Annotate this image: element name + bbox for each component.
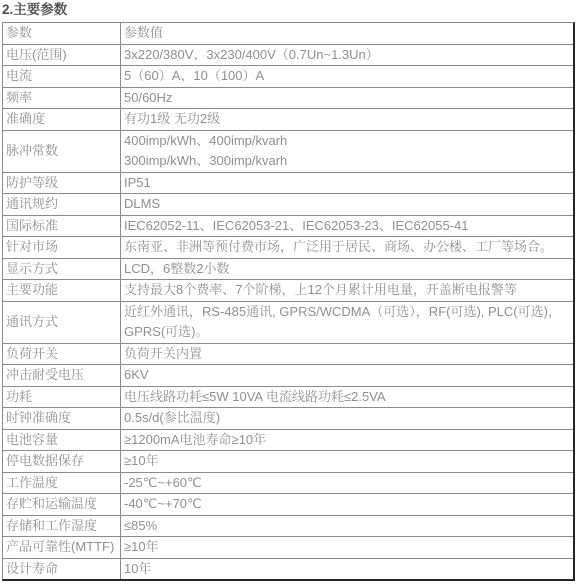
value-cell: 支持最大8个费率、7个阶梯，上12个月累计用电量，开盖断电报警等 (120, 279, 573, 301)
param-cell: 时钟准确度 (3, 407, 120, 429)
param-cell: 通讯方式 (3, 301, 120, 343)
section-title: 2.主要参数 (2, 2, 582, 18)
value-cell: 3x220/380V、3x230/400V（0.7Un~1.3Un） (120, 44, 573, 66)
table-row: 工作温度-25℃~+60℃ (3, 472, 573, 494)
value-cell: 东南亚、非洲等预付费市场，广泛用于居民、商场、办公楼、工厂等场合。 (120, 236, 573, 258)
table-row: 产品可靠性(MTTF)≥10年 (3, 536, 573, 558)
spec-page: 2.主要参数 参数 参数值 电压(范围)3x220/380V、3x230/400… (0, 0, 582, 587)
table-row: 冲击耐受电压6KV (3, 364, 573, 386)
table-row: 准确度有功1级 无功2级 (3, 108, 573, 130)
table-row: 国际标准IEC62052-11、IEC62053-21、IEC62053-23、… (3, 215, 573, 237)
table-row: 停电数据保存≥10年 (3, 450, 573, 472)
value-cell: ≥1200mA电池寿命≥10年 (120, 429, 573, 451)
table-row: 功耗电压线路功耗≤5W 10VA 电流线路功耗≤2.5VA (3, 386, 573, 408)
value-cell: 400imp/kWh、400imp/kvarh 300imp/kWh、300im… (120, 130, 573, 172)
param-cell: 准确度 (3, 108, 120, 130)
param-cell: 负荷开关 (3, 343, 120, 365)
param-cell: 电池容量 (3, 429, 120, 451)
param-cell: 国际标准 (3, 215, 120, 237)
table-row: 频率50/60Hz (3, 87, 573, 109)
param-cell: 功耗 (3, 386, 120, 408)
param-cell: 设计寿命 (3, 558, 120, 580)
param-cell: 产品可靠性(MTTF) (3, 536, 120, 558)
value-cell: 有功1级 无功2级 (120, 108, 573, 130)
value-cell: -40℃~+70℃ (120, 493, 573, 515)
value-cell: IP51 (120, 172, 573, 194)
value-cell: DLMS (120, 193, 573, 215)
table-row: 通讯规约DLMS (3, 193, 573, 215)
value-cell: 0.5s/d(参比温度) (120, 407, 573, 429)
param-cell: 针对市场 (3, 236, 120, 258)
param-cell: 通讯规约 (3, 193, 120, 215)
value-cell: ≥10年 (120, 450, 573, 472)
param-cell: 主要功能 (3, 279, 120, 301)
table-row: 通讯方式近红外通讯，RS-485通讯, GPRS/WCDMA（可选），RF(可选… (3, 301, 573, 343)
param-cell: 停电数据保存 (3, 450, 120, 472)
param-cell: 防护等级 (3, 172, 120, 194)
table-row: 脉冲常数400imp/kWh、400imp/kvarh 300imp/kWh、3… (3, 130, 573, 172)
column-header-value: 参数值 (120, 23, 573, 44)
param-cell: 显示方式 (3, 258, 120, 280)
value-cell: ≤85% (120, 515, 573, 537)
table-row: 电池容量≥1200mA电池寿命≥10年 (3, 429, 573, 451)
table-row: 负荷开关负荷开关内置 (3, 343, 573, 365)
parameters-table: 参数 参数值 电压(范围)3x220/380V、3x230/400V（0.7Un… (2, 22, 575, 581)
table-row: 主要功能支持最大8个费率、7个阶梯，上12个月累计用电量，开盖断电报警等 (3, 279, 573, 301)
param-cell: 冲击耐受电压 (3, 364, 120, 386)
table-row: 时钟准确度0.5s/d(参比温度) (3, 407, 573, 429)
param-cell: 电流 (3, 65, 120, 87)
value-cell: 6KV (120, 364, 573, 386)
param-cell: 存贮和运输温度 (3, 493, 120, 515)
header-row: 参数 参数值 (3, 23, 573, 44)
table-row: 存储和工作湿度≤85% (3, 515, 573, 537)
value-cell: -25℃~+60℃ (120, 472, 573, 494)
value-cell: 电压线路功耗≤5W 10VA 电流线路功耗≤2.5VA (120, 386, 573, 408)
table-row: 防护等级IP51 (3, 172, 573, 194)
param-cell: 存储和工作湿度 (3, 515, 120, 537)
value-cell: ≥10年 (120, 536, 573, 558)
value-cell: LCD，6整数2小数 (120, 258, 573, 280)
param-cell: 脉冲常数 (3, 130, 120, 172)
param-cell: 电压(范围) (3, 44, 120, 66)
value-cell: 50/60Hz (120, 87, 573, 109)
table-row: 电压(范围)3x220/380V、3x230/400V（0.7Un~1.3Un） (3, 44, 573, 66)
param-cell: 频率 (3, 87, 120, 109)
table-row: 针对市场东南亚、非洲等预付费市场，广泛用于居民、商场、办公楼、工厂等场合。 (3, 236, 573, 258)
table-row: 设计寿命10年 (3, 558, 573, 580)
table-row: 电流5（60）A、10（100）A (3, 65, 573, 87)
table-row: 存贮和运输温度-40℃~+70℃ (3, 493, 573, 515)
value-cell: 5（60）A、10（100）A (120, 65, 573, 87)
value-cell: 近红外通讯，RS-485通讯, GPRS/WCDMA（可选），RF(可选), P… (120, 301, 573, 343)
value-cell: 10年 (120, 558, 573, 580)
param-cell: 工作温度 (3, 472, 120, 494)
column-header-param: 参数 (3, 23, 120, 44)
value-cell: IEC62052-11、IEC62053-21、IEC62053-23、IEC6… (120, 215, 573, 237)
table-body: 电压(范围)3x220/380V、3x230/400V（0.7Un~1.3Un）… (3, 44, 573, 580)
value-cell: 负荷开关内置 (120, 343, 573, 365)
table-row: 显示方式LCD，6整数2小数 (3, 258, 573, 280)
